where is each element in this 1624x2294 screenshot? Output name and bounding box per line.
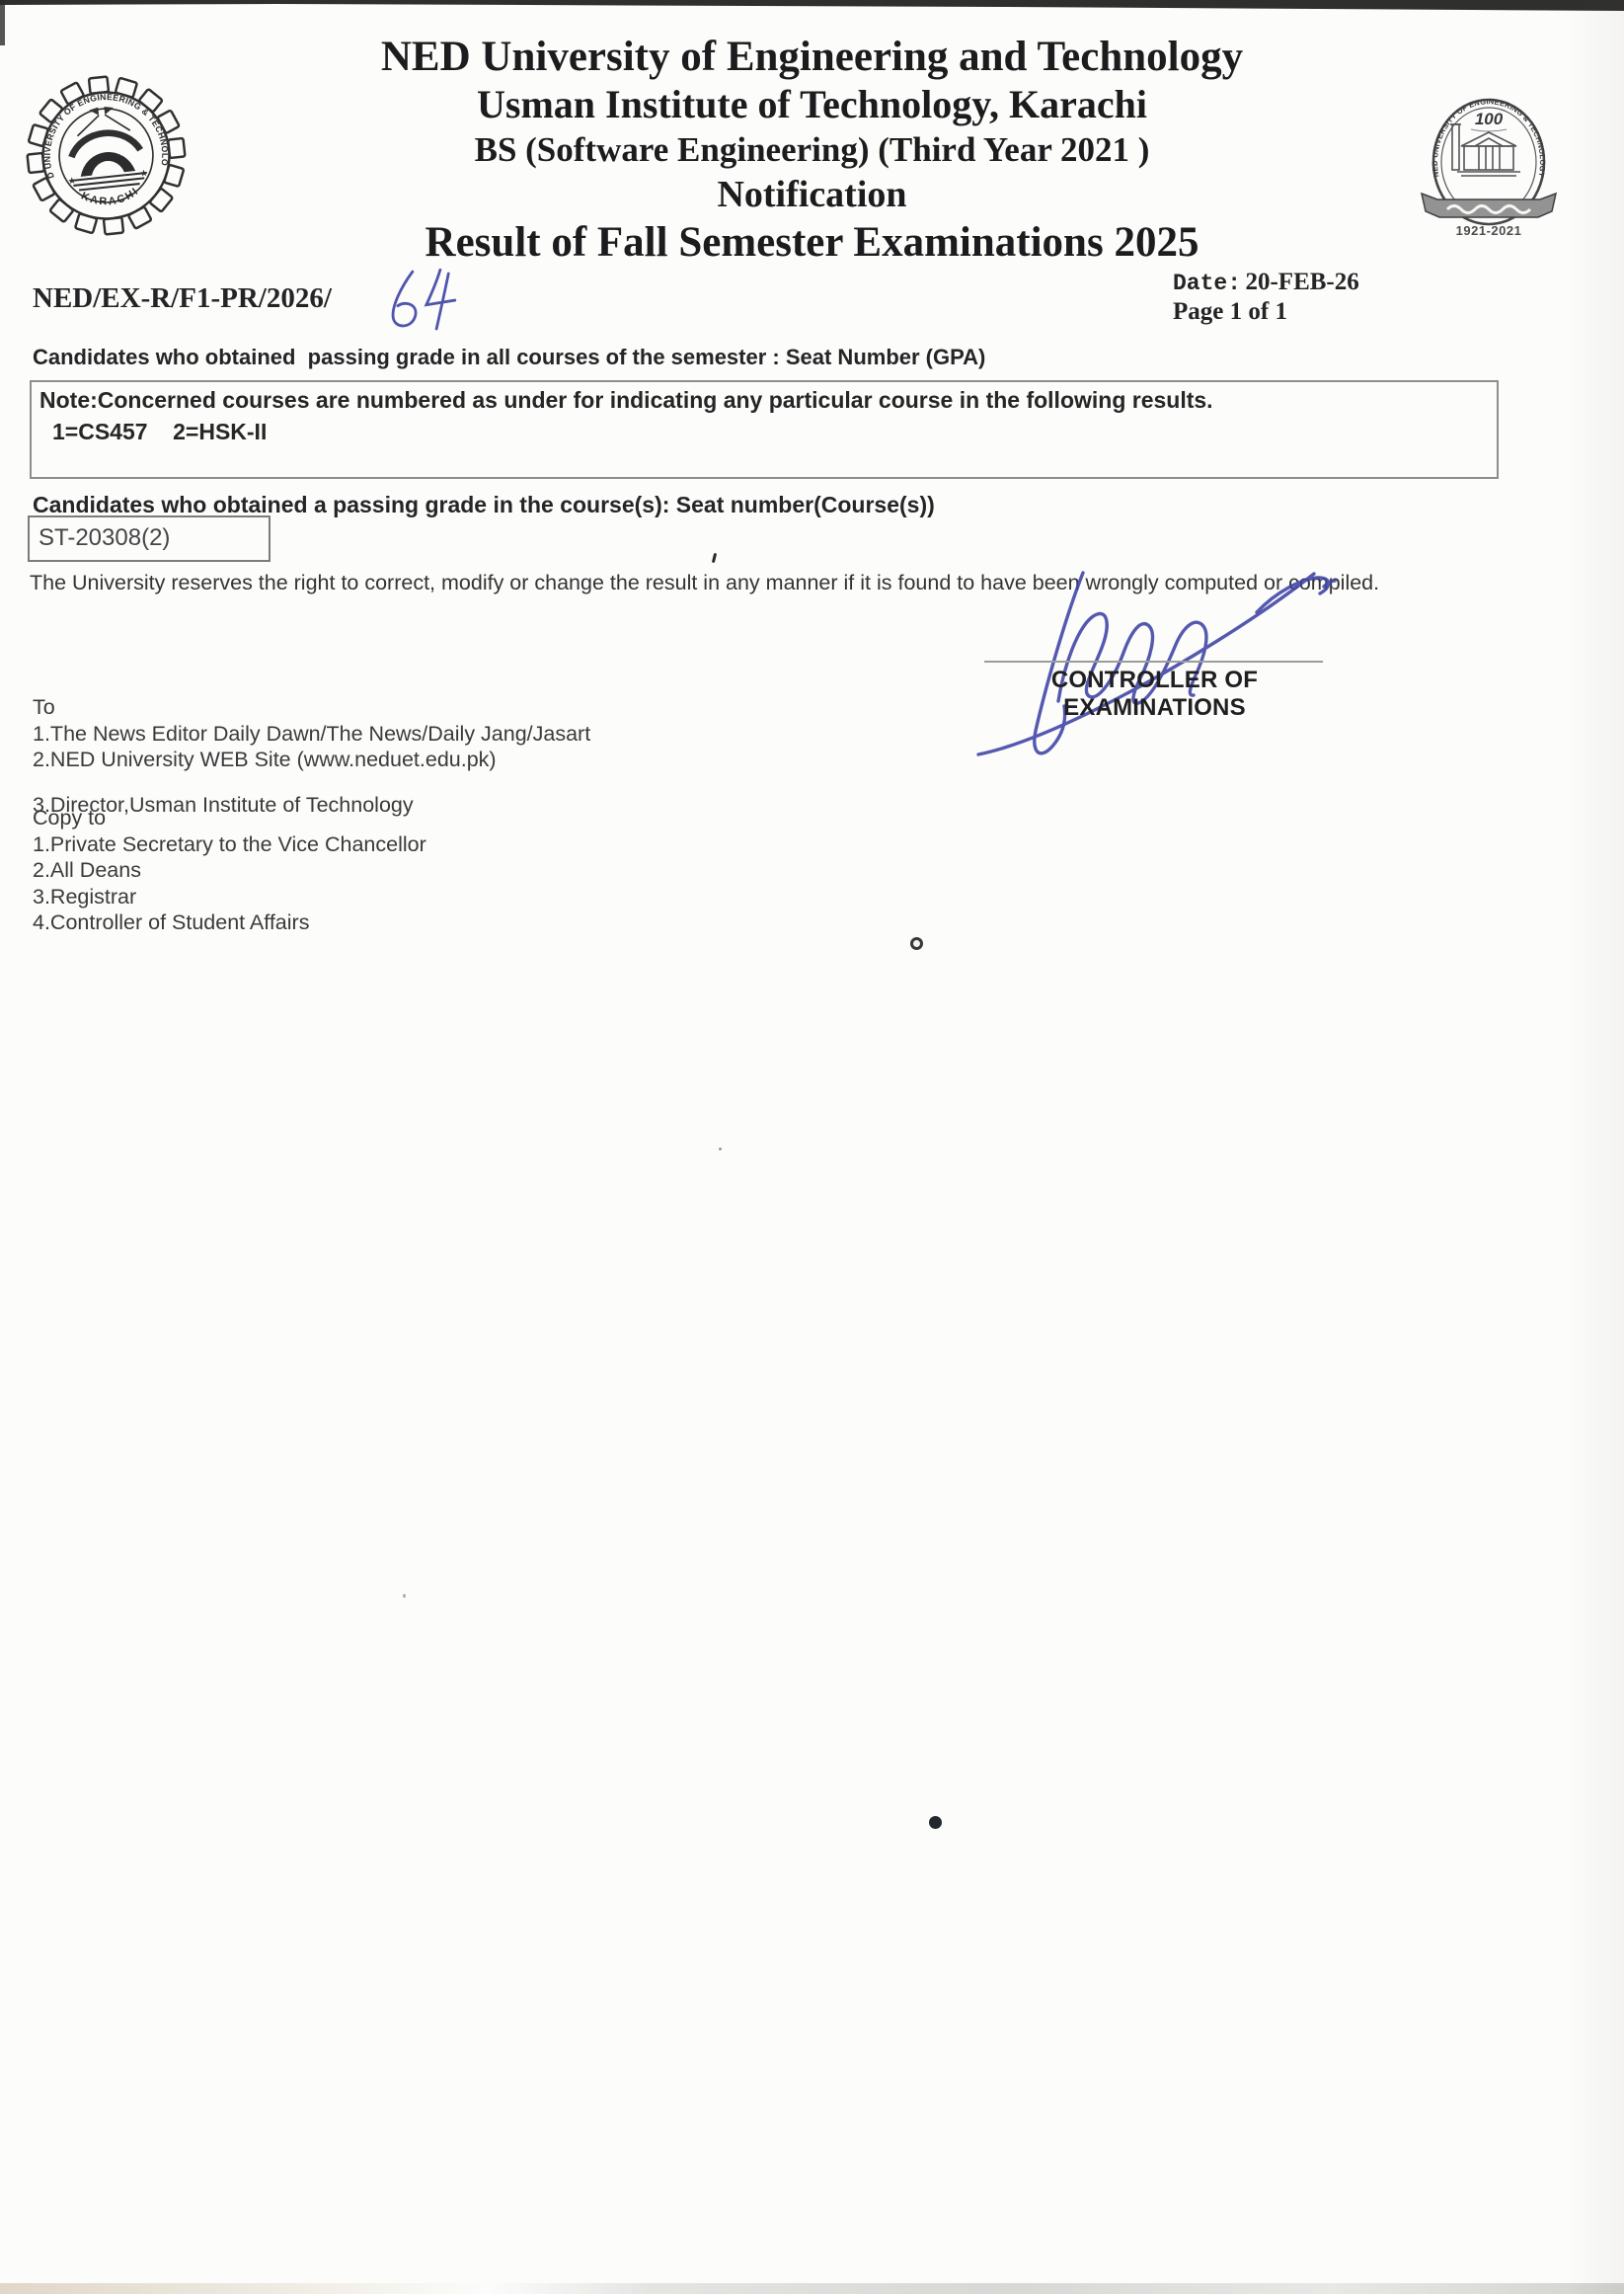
to-item: 1.The News Editor Daily Dawn/The News/Da… — [33, 721, 590, 748]
university-title: NED University of Engineering and Techno… — [0, 34, 1624, 81]
note-box: Note:Concerned courses are numbered as u… — [30, 380, 1499, 479]
distribution-block: To 1.The News Editor Daily Dawn/The News… — [33, 694, 590, 936]
scanned-result-notification: { "page": { "paper_color": "#fcfcfa", "i… — [0, 0, 1624, 2294]
paper-speck — [719, 1147, 722, 1150]
copy-item: 3.Registrar — [33, 884, 590, 910]
document-header: NED University of Engineering and Techno… — [0, 34, 1624, 267]
scan-edge-top — [0, 0, 1624, 12]
copy-item: 4.Controller of Student Affairs — [33, 910, 590, 936]
copy-item: 2.All Deans — [33, 857, 590, 884]
signature-line — [984, 661, 1323, 663]
notification-title: Notification — [0, 172, 1624, 218]
to-item: 2.NED University WEB Site (www.neduet.ed… — [33, 747, 590, 773]
handwritten-serial-number — [383, 263, 466, 340]
copy-item: 1.Private Secretary to the Vice Chancell… — [33, 831, 590, 858]
scan-shadow-right — [1565, 0, 1624, 2294]
page-indicator: Page 1 of 1 — [1173, 298, 1359, 325]
note-text: Note:Concerned courses are numbered as u… — [39, 387, 1489, 414]
seat-number-value: ST-20308(2) — [39, 524, 170, 551]
scan-edge-bottom — [0, 2283, 1624, 2294]
seat-number-box: ST-20308(2) — [28, 515, 271, 562]
ink-tick-mark — [712, 553, 717, 563]
program-title: BS (Software Engineering) (Third Year 20… — [0, 127, 1624, 172]
institute-title: Usman Institute of Technology, Karachi — [0, 81, 1624, 127]
controller-signature — [963, 531, 1357, 763]
paper-speck — [403, 1594, 406, 1598]
controller-title: CONTROLLER OF EXAMINATIONS — [984, 667, 1325, 722]
course-pass-heading: Candidates who obtained a passing grade … — [33, 492, 935, 518]
date-label: Date: — [1173, 271, 1241, 296]
to-label: To — [33, 694, 590, 721]
result-title: Result of Fall Semester Examinations 202… — [0, 218, 1624, 267]
reference-number: NED/EX-R/F1-PR/2026/ — [33, 282, 332, 315]
date-page-block: Date: 20-FEB-26 Page 1 of 1 — [1173, 269, 1359, 325]
all-courses-heading: Candidates who obtained passing grade in… — [33, 345, 985, 370]
date-value: 20-FEB-26 — [1245, 269, 1358, 295]
ink-dot-mark — [929, 1816, 942, 1829]
course-key: 1=CS457 2=HSK-II — [39, 419, 1489, 445]
ink-ring-mark — [910, 937, 923, 950]
